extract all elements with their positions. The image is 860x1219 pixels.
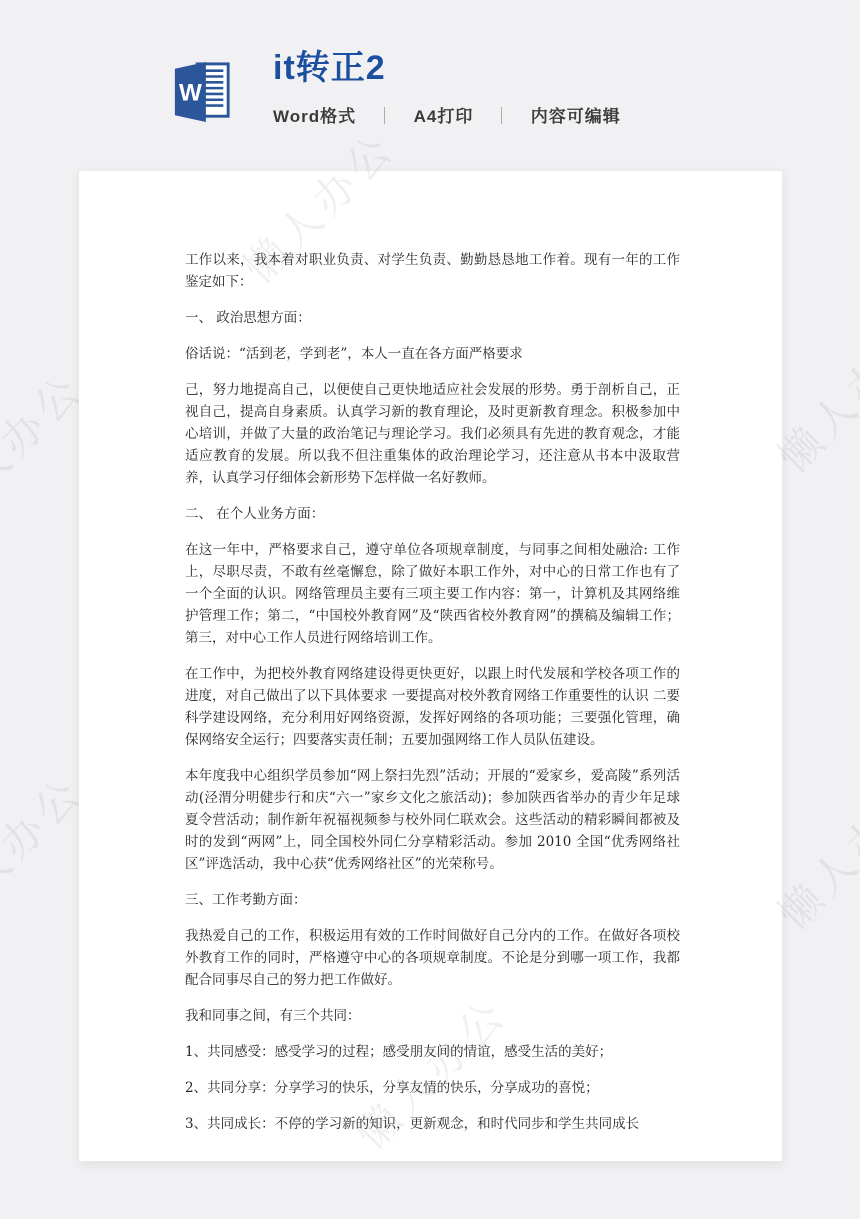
document-preview-screen: { "header": { "title": "it转正2", "feature… (0, 0, 860, 1219)
word-document-icon: W (171, 58, 233, 126)
paragraph-network-goals: 在工作中，为把校外教育网络建设得更快更好，以跟上时代发展和学校各项工作的进度，对… (185, 663, 680, 751)
list-item-common-feeling: 1、共同感受：感受学习的过程；感受朋友间的情谊，感受生活的美好； (185, 1041, 680, 1063)
document-page: 工作以来，我本着对职业负责、对学生负责、勤勤恳恳地工作着。现有一年的工作鉴定如下… (78, 170, 783, 1162)
feature-editable: 内容可编辑 (531, 107, 621, 126)
list-item-common-sharing: 2、共同分享：分享学习的快乐，分享友情的快乐，分享成功的喜悦； (185, 1077, 680, 1099)
feature-word-format: Word格式 (273, 107, 356, 126)
paragraph-three-commons: 我和同事之间，有三个共同： (185, 1005, 680, 1027)
feature-separator: ｜ (493, 107, 511, 126)
paragraph-self-improvement: 己，努力地提高自己，以便使自己更快地适应社会发展的形势。勇于剖析自己，正视自己，… (185, 379, 680, 489)
paragraph-intro: 工作以来，我本着对职业负责、对学生负责、勤勤恳恳地工作着。现有一年的工作鉴定如下… (185, 249, 680, 293)
feature-separator: ｜ (376, 107, 394, 126)
word-icon-letter: W (179, 80, 202, 107)
list-item-common-growth: 3、共同成长：不停的学习新的知识，更新观念，和时代同步和学生共同成长 (185, 1113, 680, 1135)
heading-political-thought: 一、 政治思想方面： (185, 307, 680, 329)
feature-a4-print: A4打印 (414, 107, 474, 126)
paragraph-saying: 俗话说：“活到老，学到老”，本人一直在各方面严格要求 (185, 343, 680, 365)
document-feature-list: Word格式 ｜ A4打印 ｜ 内容可编辑 (273, 102, 621, 127)
heading-attendance: 三、工作考勤方面： (185, 889, 680, 911)
document-title: it转正2 (273, 48, 621, 88)
paragraph-activities: 本年度我中心组织学员参加“网上祭扫先烈”活动；开展的“爱家乡，爱高陵”系列活动(… (185, 765, 680, 875)
paragraph-attendance: 我热爱自己的工作，积极运用有效的工作时间做好自己分内的工作。在做好各项校外教育工… (185, 925, 680, 991)
paragraph-yearly-work: 在这一年中，严格要求自己，遵守单位各项规章制度，与同事之间相处融洽: 工作上，尽… (185, 539, 680, 649)
header-text: it转正2 Word格式 ｜ A4打印 ｜ 内容可编辑 (273, 48, 621, 127)
page-header: W it转正2 Word格式 ｜ A4打印 ｜ 内容可编辑 (0, 0, 860, 160)
heading-personal-business: 二、 在个人业务方面： (185, 503, 680, 525)
